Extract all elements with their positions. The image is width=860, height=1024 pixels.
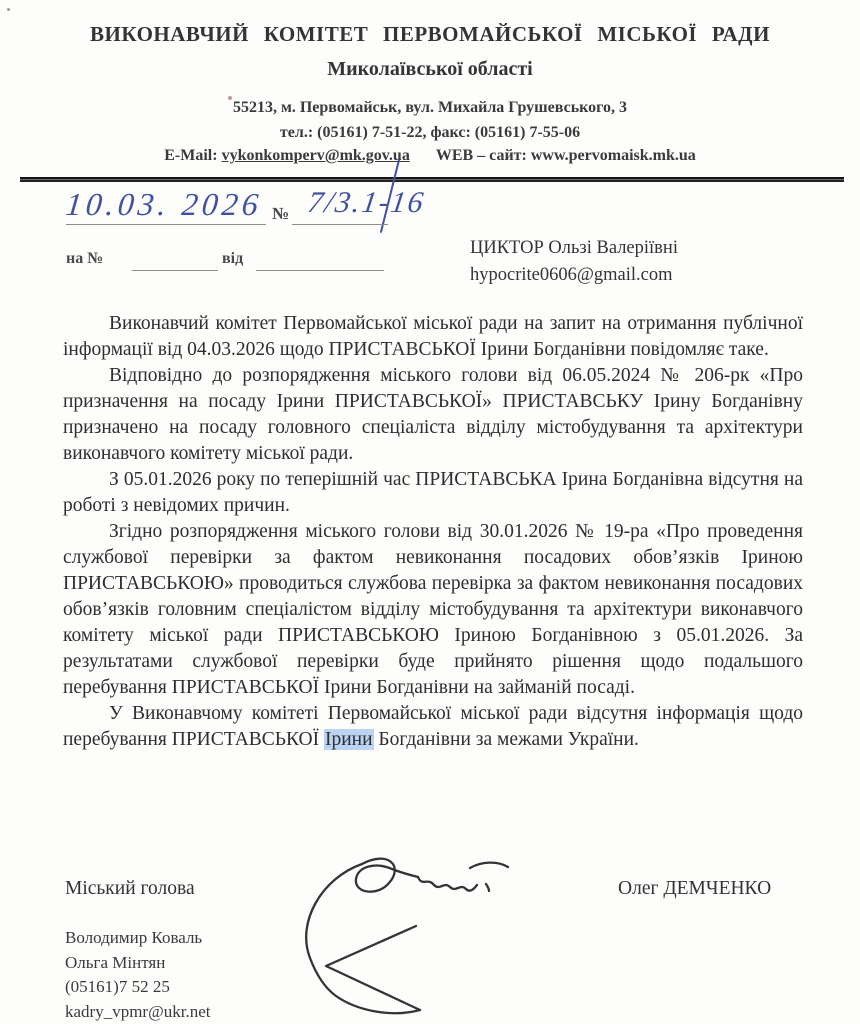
signer-position-title: Міський голова [65, 878, 195, 900]
org-email-web-line: E-Mail: vykonkomperv@mk.gov.uaWEB – сайт… [0, 147, 860, 165]
scanned-letter-page: ВИКОНАВЧИЙ КОМІТЕТ ПЕРВОМАЙСЬКОЇ МІСЬКОЇ… [0, 0, 860, 1024]
recipient-email: hypocrite0606@gmail.com [470, 262, 770, 289]
contact-person-2: Ольга Мінтян [65, 951, 211, 976]
handwritten-signature [292, 846, 592, 1024]
scan-speck [228, 96, 232, 100]
from-label: від [222, 250, 243, 268]
paragraph-5-after: Богданівни за межами України. [374, 729, 639, 750]
paragraph-2: Відповідно до розпорядження міського гол… [63, 363, 803, 467]
header-divider-rule [20, 177, 844, 182]
signer-name: Олег ДЕМЧЕНКО [618, 878, 771, 900]
paragraph-3: З 05.01.2026 року по теперішній час ПРИС… [63, 467, 803, 519]
contact-phone: (05161)7 52 25 [65, 975, 211, 1000]
paragraph-4: Згідно розпорядження міського голови від… [63, 519, 803, 701]
scan-speck [7, 8, 10, 11]
on-number-label: на № [66, 250, 103, 268]
org-name-line1: ВИКОНАВЧИЙ КОМІТЕТ ПЕРВОМАЙСЬКОЇ МІСЬКОЇ… [0, 22, 860, 47]
from-underline [256, 269, 384, 271]
number-sign: № [272, 204, 289, 224]
letter-body: Виконавчий комітет Первомайської міської… [63, 311, 803, 753]
contact-email: kadry_vpmr@ukr.net [65, 1000, 211, 1024]
date-underline [66, 223, 266, 225]
handwritten-date: 10.03. 2026 [64, 186, 264, 223]
paragraph-5: У Виконавчому комітеті Первомайської міс… [63, 701, 803, 753]
recipient-name: ЦИКТОР Ользі Валеріївні [470, 235, 770, 262]
org-name-line2: Миколаївської області [0, 58, 860, 81]
org-address: 55213, м. Первомайськ, вул. Михайла Груш… [0, 99, 860, 117]
contact-person-1: Володимир Коваль [65, 926, 211, 951]
paragraph-1: Виконавчий комітет Первомайської міської… [63, 311, 803, 363]
org-email: vykonkomperv@mk.gov.ua [222, 147, 410, 164]
org-web: WEB – сайт: www.pervomaisk.mk.ua [436, 147, 696, 164]
org-phone-fax: тел.: (05161) 7-51-22, факс: (05161) 7-5… [0, 124, 860, 142]
recipient-block: ЦИКТОР Ользі Валеріївні hypocrite0606@gm… [470, 235, 770, 289]
on-number-underline [132, 269, 218, 271]
contact-block: Володимир Коваль Ольга Мінтян (05161)7 5… [65, 926, 211, 1024]
highlighted-word: Ірини [324, 729, 374, 750]
number-underline [292, 223, 388, 225]
handwritten-doc-number: 7/3.1-16 [306, 186, 428, 220]
email-label: E-Mail: [164, 147, 217, 164]
